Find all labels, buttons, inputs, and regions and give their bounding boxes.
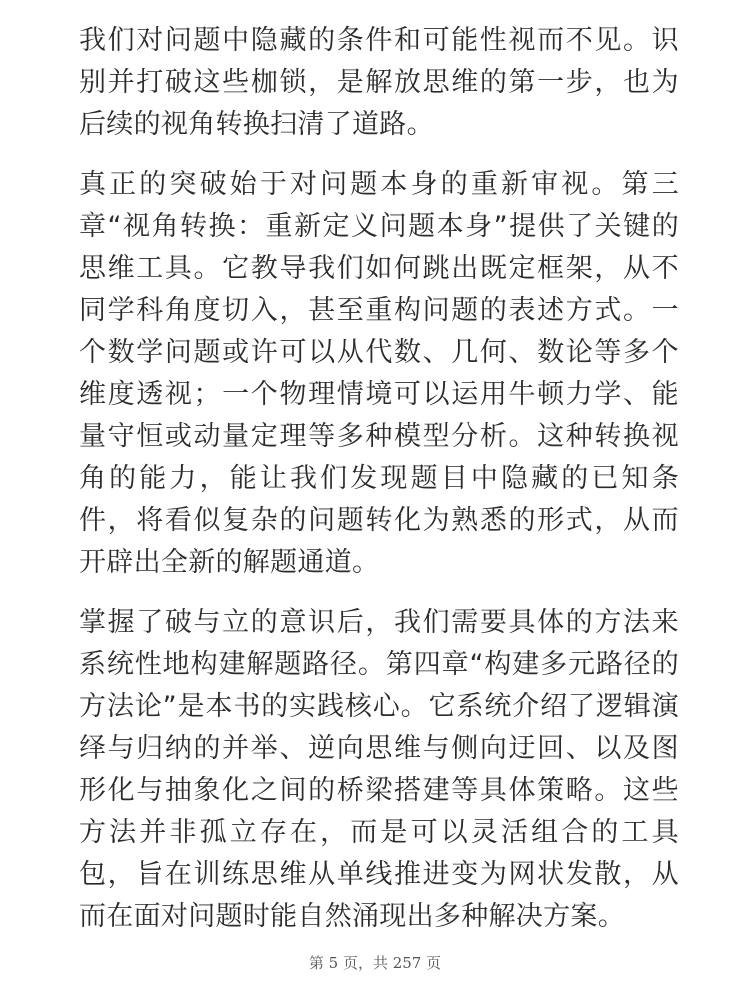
paragraph-3: 掌握了破与立的意识后，我们需要具体的方法来系统性地构建解题路径。第四章“构建多元… xyxy=(79,602,679,938)
paragraph-1: 我们对问题中隐藏的条件和可能性视而不见。识别并打破这些枷锁，是解放思维的第一步，… xyxy=(79,20,679,146)
paragraph-2: 真正的突破始于对问题本身的重新审视。第三章“视角转换：重新定义问题本身”提供了关… xyxy=(79,164,679,584)
document-page: 我们对问题中隐藏的条件和可能性视而不见。识别并打破这些枷锁，是解放思维的第一步，… xyxy=(79,20,679,956)
page-number-footer: 第 5 页，共 257 页 xyxy=(0,952,750,973)
